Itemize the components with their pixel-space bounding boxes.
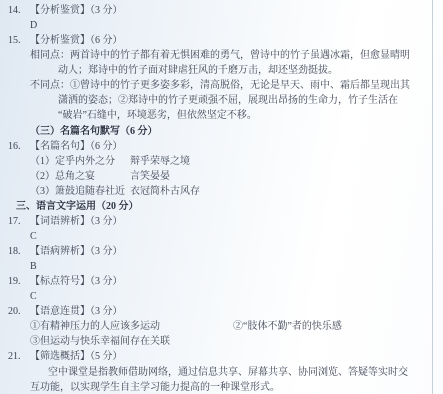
answer-letter: B bbox=[30, 259, 37, 274]
answer-option-1: ①有精神压力的人应该多运动 bbox=[30, 319, 233, 334]
dictation-answer-col2: 辩乎荣辱之境 bbox=[130, 154, 190, 169]
answer-15-line-1: 相同点：两首诗中的竹子都有着无惧困难的勇气，曾诗中的竹子虽遇冰霜，但愈显晴明 bbox=[0, 48, 443, 63]
answer-text-line: 互功能，以实现学生自主学习能力提高的一种课堂形式。 bbox=[30, 380, 280, 394]
question-number: 17. bbox=[0, 214, 30, 229]
answer-text-line: 潇洒的姿态；②郑诗中的竹子更顽强不屈，展现出昂扬的生命力，竹子生活在 bbox=[58, 93, 398, 108]
question-number: 15. bbox=[0, 33, 30, 48]
answer-text-line: “破岩”石缝中，环境恶劣，但依然坚定不移。 bbox=[58, 108, 257, 123]
question-label: 【分析鉴赏】（3 分） bbox=[30, 3, 123, 18]
answer-20-options-row: ①有精神压力的人应该多运动 ②“肢体不勤”者的快乐感 bbox=[0, 319, 443, 334]
answer-text-line: 相同点：两首诗中的竹子都有着无惧困难的勇气，曾诗中的竹子虽遇冰霜，但愈显晴明 bbox=[30, 48, 410, 63]
answer-key-page: 14. 【分析鉴赏】（3 分） D 15. 【分析鉴赏】（6 分） 相同点：两首… bbox=[0, 0, 443, 394]
answer-15-line-2: 动人；郑诗中的竹子面对肆虐狂风的千磨万击，却还坚劲挺拔。 bbox=[0, 63, 443, 78]
answer-text-line: 空中课堂是指教师借助网络，通过信息共享、屏幕共享、协同浏览、答疑等实时交 bbox=[48, 365, 408, 380]
question-14-heading: 14. 【分析鉴赏】（3 分） bbox=[0, 3, 443, 18]
question-20-heading: 20. 【语意连贯】（3 分） bbox=[0, 304, 443, 319]
answer-letter: C bbox=[30, 289, 37, 304]
section-heading-language-use: 三、语言文字运用（20 分） bbox=[0, 199, 443, 214]
answer-15-line-4: 潇洒的姿态；②郑诗中的竹子更顽强不屈，展现出昂扬的生命力，竹子生活在 bbox=[0, 93, 443, 108]
question-16-heading: 16. 【名篇名句】（6 分） bbox=[0, 139, 443, 154]
answer-14: D bbox=[0, 18, 443, 33]
answer-17: C bbox=[0, 229, 443, 244]
section-heading-text: 三、语言文字运用（20 分） bbox=[8, 199, 139, 214]
answer-option-2: ②“肢体不勤”者的快乐感 bbox=[233, 319, 342, 334]
answer-15-line-5: “破岩”石缝中，环境恶劣，但依然坚定不移。 bbox=[0, 108, 443, 123]
dictation-answer-row-1: （1）定乎内外之分 辩乎荣辱之境 bbox=[0, 154, 443, 169]
answer-21-line-1: 空中课堂是指教师借助网络，通过信息共享、屏幕共享、协同浏览、答疑等实时交 bbox=[0, 365, 443, 380]
question-number: 18. bbox=[0, 244, 30, 259]
section-heading-dictation: （三）名篇名句默写（6 分） bbox=[0, 124, 443, 139]
question-label: 【语意连贯】（3 分） bbox=[30, 304, 123, 319]
question-label: 【名篇名句】（6 分） bbox=[30, 139, 123, 154]
question-label: 【分析鉴赏】（6 分） bbox=[30, 33, 123, 48]
answer-option-3: ③但运动与快乐幸福间存在关联 bbox=[30, 334, 170, 349]
question-number: 16. bbox=[0, 139, 30, 154]
question-15-heading: 15. 【分析鉴赏】（6 分） bbox=[0, 33, 443, 48]
question-number: 14. bbox=[0, 3, 30, 18]
answer-20-option-3: ③但运动与快乐幸福间存在关联 bbox=[0, 334, 443, 349]
answer-18: B bbox=[0, 259, 443, 274]
question-17-heading: 17. 【词语辨析】（3 分） bbox=[0, 214, 443, 229]
dictation-answer-col1: （1）定乎内外之分 bbox=[30, 154, 130, 169]
question-label: 【词语辨析】（3 分） bbox=[30, 214, 123, 229]
answer-text-line: 不同点：①曾诗中的竹子更多姿多彩，清高脱俗，无论是早天、雨中、霜后都呈现出其 bbox=[30, 78, 410, 93]
question-number: 21. bbox=[0, 349, 30, 364]
question-label: 【语病辨析】（3 分） bbox=[30, 244, 123, 259]
question-number: 19. bbox=[0, 274, 30, 289]
answer-letter: C bbox=[30, 229, 37, 244]
answer-15-line-3: 不同点：①曾诗中的竹子更多姿多彩，清高脱俗，无论是早天、雨中、霜后都呈现出其 bbox=[0, 78, 443, 93]
answer-text-line: 动人；郑诗中的竹子面对肆虐狂风的千磨万击，却还坚劲挺拔。 bbox=[58, 63, 338, 78]
question-18-heading: 18. 【语病辨析】（3 分） bbox=[0, 244, 443, 259]
page-edge-rule bbox=[432, 0, 433, 394]
dictation-answer-col2: 衣冠简朴古风存 bbox=[130, 184, 200, 199]
question-19-heading: 19. 【标点符号】（3 分） bbox=[0, 274, 443, 289]
question-21-heading: 21. 【筛选概括】（5 分） bbox=[0, 349, 443, 364]
dictation-answer-col2: 言笑晏晏 bbox=[130, 169, 170, 184]
dictation-answer-col1: （3）箫鼓追随春社近 bbox=[30, 184, 130, 199]
dictation-answer-row-3: （3）箫鼓追随春社近 衣冠简朴古风存 bbox=[0, 184, 443, 199]
answer-letter: D bbox=[30, 18, 37, 33]
dictation-answer-row-2: （2）总角之宴 言笑晏晏 bbox=[0, 169, 443, 184]
question-number: 20. bbox=[0, 304, 30, 319]
answer-19: C bbox=[0, 289, 443, 304]
section-heading-text: （三）名篇名句默写（6 分） bbox=[30, 124, 158, 139]
dictation-answer-col1: （2）总角之宴 bbox=[30, 169, 130, 184]
question-label: 【标点符号】（3 分） bbox=[30, 274, 123, 289]
question-label: 【筛选概括】（5 分） bbox=[30, 349, 123, 364]
answer-21-line-2: 互功能，以实现学生自主学习能力提高的一种课堂形式。 bbox=[0, 380, 443, 394]
